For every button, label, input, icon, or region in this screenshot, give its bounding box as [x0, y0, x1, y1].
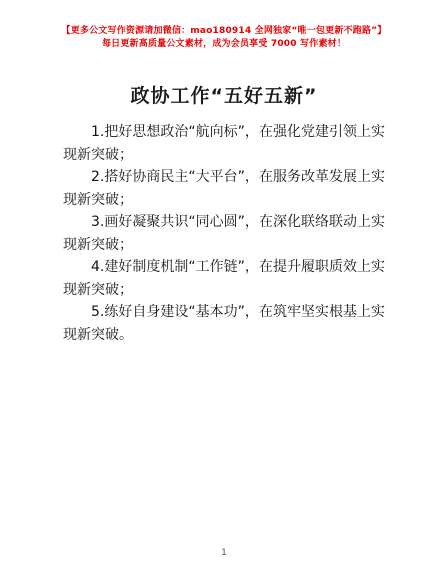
promo-line-1: 【更多公文写作资源请加微信：mao180914 全网独家“唯一包更新不跑路”】: [0, 25, 448, 38]
document-title: 政协工作“五好五新”: [0, 83, 448, 109]
document-body: 1.把好思想政治“航向标”，在强化党建引领上实现新突破； 2.搭好协商民主“大平…: [63, 121, 385, 346]
promo-line-2: 每日更新高质量公文素材，成为会员享受 7000 写作素材！: [0, 38, 448, 51]
paragraph-2: 2.搭好协商民主“大平台”，在服务改革发展上实现新突破；: [63, 166, 385, 211]
paragraph-1: 1.把好思想政治“航向标”，在强化党建引领上实现新突破；: [63, 121, 385, 166]
page-footer: 1: [0, 548, 448, 558]
paragraph-5: 5.练好自身建设“基本功”，在筑牢坚实根基上实现新突破。: [63, 301, 385, 346]
page-number: 1: [221, 548, 227, 558]
promo-header: 【更多公文写作资源请加微信：mao180914 全网独家“唯一包更新不跑路”】 …: [0, 0, 448, 51]
paragraph-3: 3.画好凝聚共识“同心圆”，在深化联络联动上实现新突破；: [63, 211, 385, 256]
paragraph-4: 4.建好制度机制“工作链”，在提升履职质效上实现新突破；: [63, 256, 385, 301]
document-page: 【更多公文写作资源请加微信：mao180914 全网独家“唯一包更新不跑路”】 …: [0, 0, 448, 580]
